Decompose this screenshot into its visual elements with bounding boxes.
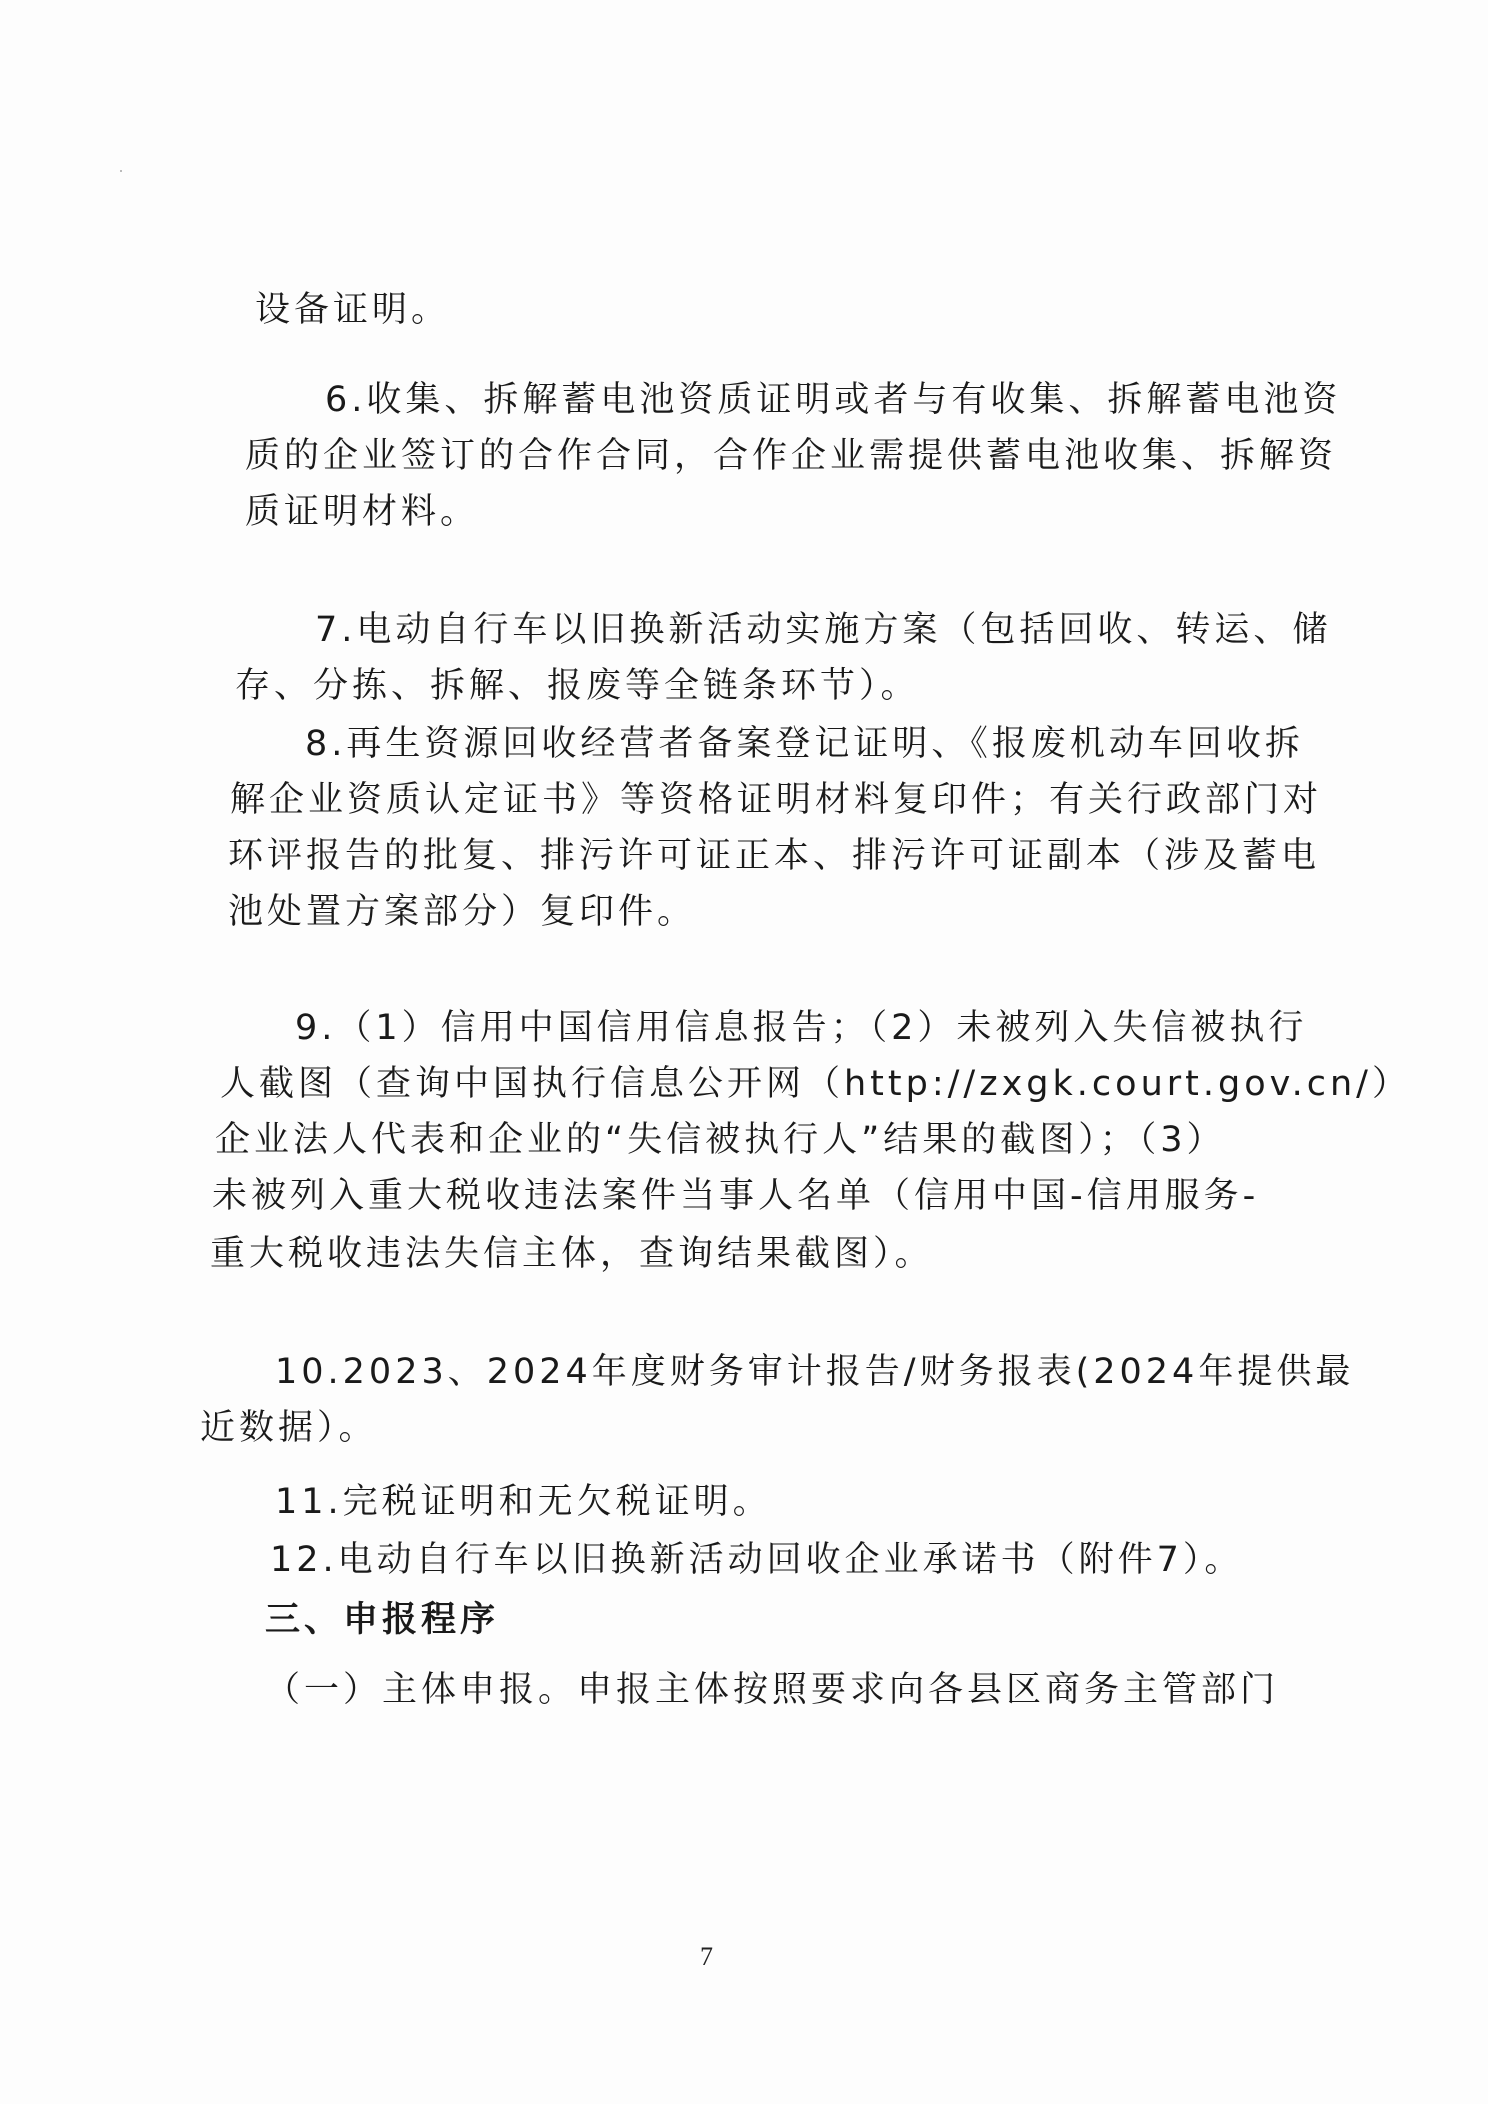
list-item-10-line-2: 近数据）。 [200,1406,378,1450]
list-item-8-line-4: 池处置方案部分）复印件。 [228,890,696,934]
text-line-continuation: 设备证明。 [255,288,450,332]
list-item-6: 6.收集、拆解蓄电池资质证明或者与有收集、拆解蓄电池资 [325,378,1341,422]
list-item-10: 10.2023、2024年度财务审计报告/财务报表(2024年提供最 [275,1350,1354,1394]
list-item-9: 9.（1）信用中国信用信息报告；（2）未被列入失信被执行 [295,1006,1307,1050]
document-page: 设备证明。 6.收集、拆解蓄电池资质证明或者与有收集、拆解蓄电池资 质的企业签订… [0,0,1488,2104]
list-item-12: 12.电动自行车以旧换新活动回收企业承诺书（附件7）。 [270,1538,1243,1582]
list-item-6-line-2: 质的企业签订的合作合同，合作企业需提供蓄电池收集、拆解资 [245,434,1337,478]
list-item-9-line-2: 人截图（查询中国执行信息公开网（http://zxgk.court.gov.cn… [220,1062,1411,1106]
subsection-paragraph: （一）主体申报。申报主体按照要求向各县区商务主管部门 [265,1668,1279,1712]
list-item-7-line-2: 存、分拣、拆解、报废等全链条环节）。 [235,664,920,708]
list-item-8: 8.再生资源回收经营者备案登记证明、《报废机动车回收拆 [305,722,1304,766]
list-item-11: 11.完税证明和无欠税证明。 [275,1480,772,1524]
page-number: 7 [700,1942,713,1972]
list-item-8-line-3: 环评报告的批复、排污许可证正本、排污许可证副本（涉及蓄电 [228,834,1320,878]
list-item-6-line-3: 质证明材料。 [245,490,479,534]
scan-artifact [120,170,122,172]
list-item-9-line-3: 企业法人代表和企业的“失信被执行人”结果的截图）；（3） [215,1118,1226,1162]
list-item-9-line-4: 未被列入重大税收违法案件当事人名单（信用中国-信用服务- [212,1174,1259,1218]
list-item-7: 7.电动自行车以旧换新活动实施方案（包括回收、转运、储 [315,608,1331,652]
list-item-9-line-5: 重大税收违法失信主体，查询结果截图）。 [210,1232,934,1276]
section-heading: 三、申报程序 [265,1598,499,1642]
list-item-8-line-2: 解企业资质认定证书》等资格证明材料复印件；有关行政部门对 [230,778,1322,822]
